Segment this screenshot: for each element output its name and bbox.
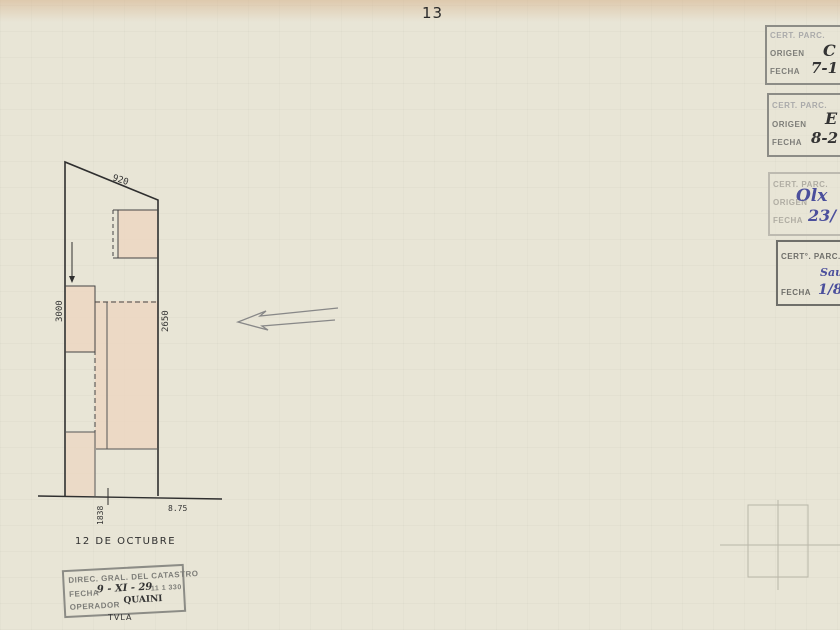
cert-2-fecha-value: 8-2 [811, 129, 838, 147]
cert-3-fecha-label: FECHA [773, 216, 803, 225]
cert-4-handwritten-1: Sau [820, 266, 840, 279]
dim-front-left: 1838 [96, 506, 105, 525]
front-left-area [66, 432, 95, 496]
cert-1-title: CERT. PARC. [770, 31, 825, 40]
dim-top-edge: 920 [111, 173, 130, 188]
faint-pencil-sketch [720, 500, 840, 590]
catastro-extra: 11 1 330 [151, 584, 182, 593]
cert-1-origen-label: ORIGEN [770, 49, 805, 58]
cert-3-handwritten-2: 23/ [808, 206, 836, 225]
dim-left-side: 3000 [55, 300, 65, 322]
main-building-area [95, 301, 158, 449]
catastro-fecha-value: 9 - XI - 29 [97, 582, 153, 596]
catastro-fecha-label: FECHA [69, 588, 99, 599]
cert-2-origen-value: E [825, 109, 837, 128]
cert-4-fecha-value: 1/81 [818, 282, 840, 298]
cert-1-fecha-label: FECHA [770, 67, 800, 76]
down-arrow-head-icon [69, 276, 75, 283]
left-front-room-area [66, 286, 95, 352]
street-line [38, 496, 222, 499]
street-name: 12 DE OCTUBRE [75, 536, 176, 547]
cert-4-fecha-label: FECHA [781, 288, 811, 297]
cert-stamp-4: CERT°. PARC. Sau FECHA 1/81 [776, 240, 840, 306]
cert-1-fecha-value: 7-1 [811, 59, 838, 77]
dim-right-side: 2650 [161, 310, 171, 332]
cert-stamp-3: CERT. PARC. ORIGEN Olx FECHA 23/ [768, 172, 840, 236]
dim-front-right: 8.75 [168, 504, 187, 513]
left-pointing-arrow-icon [238, 308, 338, 330]
cert-4-title: CERT°. PARC. [781, 252, 840, 261]
cert-2-title: CERT. PARC. [772, 101, 827, 110]
cert-2-origen-label: ORIGEN [772, 120, 807, 129]
catastro-stamp: DIREC. GRAL. DEL CATASTRO FECHA 9 - XI -… [62, 564, 186, 618]
cert-2-fecha-label: FECHA [772, 138, 802, 147]
catastro-operador-value: QUAINI [123, 594, 163, 606]
catastro-operador-label: OPERADOR [70, 600, 121, 612]
cert-1-origen-value: C [823, 41, 836, 60]
cert-stamp-1: CERT. PARC. ORIGEN C FECHA 7-1 [765, 25, 840, 85]
cert-3-handwritten-1: Olx [796, 186, 827, 206]
cert-stamp-2: CERT. PARC. ORIGEN E FECHA 8-2 [767, 93, 840, 157]
catastro-footer: TVLA [108, 613, 132, 622]
rear-building-area [118, 210, 157, 258]
